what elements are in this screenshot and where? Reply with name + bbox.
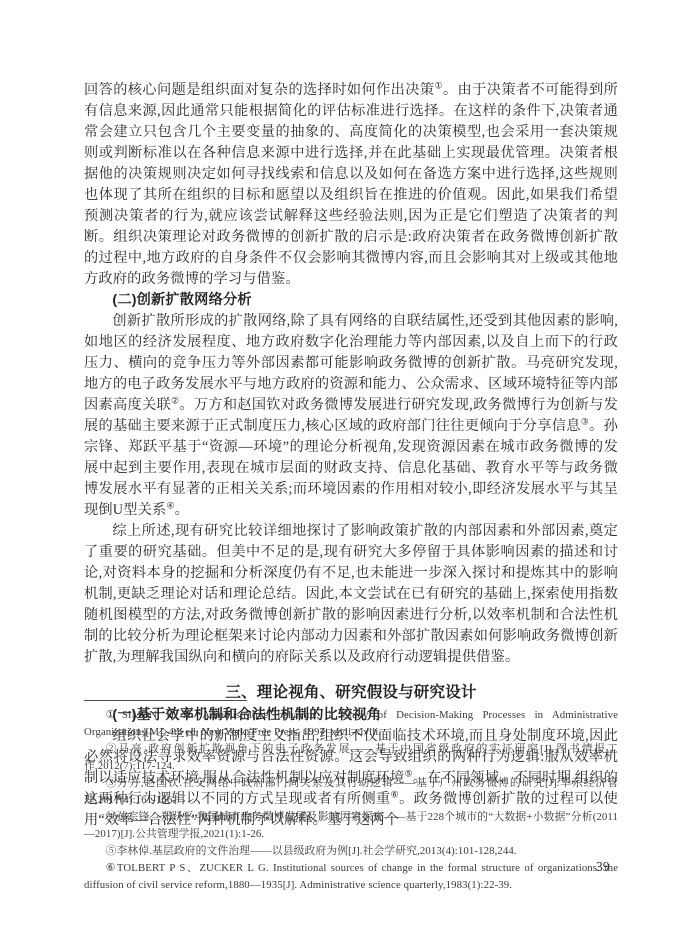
footnote-reference: ② xyxy=(171,395,179,405)
footnote-3: ③万方,赵国钦.社交网络中政府部门间关系及其行动逻辑——基于广州政务微博的研究[… xyxy=(84,775,618,809)
footnotes-block: ①SIMON H A. Administrative behavior: a S… xyxy=(84,700,618,894)
paragraph-organization-decision: 回答的核心问题是组织面对复杂的选择时如何作出决策①。由于决策者不可能得到所有信息… xyxy=(84,80,618,290)
paragraph-diffusion-network: 创新扩散所形成的扩散网络,除了具有网络的自联结属性,还受到其他因素的影响,如地区… xyxy=(84,311,618,521)
subsection-heading-network-analysis: (二)创新扩散网络分析 xyxy=(84,290,618,311)
footnote-separator-rule xyxy=(84,700,247,701)
paragraph-summary: 综上所述,现有研究比较详细地探讨了影响政策扩散的内部因素和外部因素,奠定了重要的… xyxy=(84,521,618,668)
page-number: 39 xyxy=(596,859,610,875)
footnote-4: ④孙宗锋、郑跃平.我国城市政务微博发展及影响因素探究——基于228个城市的“大数… xyxy=(84,809,618,843)
document-page: 回答的核心问题是组织面对复杂的选择时如何作出决策①。由于决策者不可能得到所有信息… xyxy=(0,0,700,943)
footnote-5: ⑤李林倬.基层政府的文件治理——以县级政府为例[J].社会学研究,2013(4)… xyxy=(84,843,618,860)
footnote-reference: ④ xyxy=(166,500,174,510)
footnote-2: ②马亮.政府创新扩散视角下的电子政务发展——基于中国省级政府的实证研究[J].图… xyxy=(84,741,618,775)
footnote-reference: ③ xyxy=(581,416,589,426)
footnote-reference: ① xyxy=(434,80,442,90)
footnote-6: ⑥TOLBERT P S、ZUCKER L G. Institutional s… xyxy=(84,860,618,894)
footnote-1: ①SIMON H A. Administrative behavior: a S… xyxy=(84,707,618,741)
